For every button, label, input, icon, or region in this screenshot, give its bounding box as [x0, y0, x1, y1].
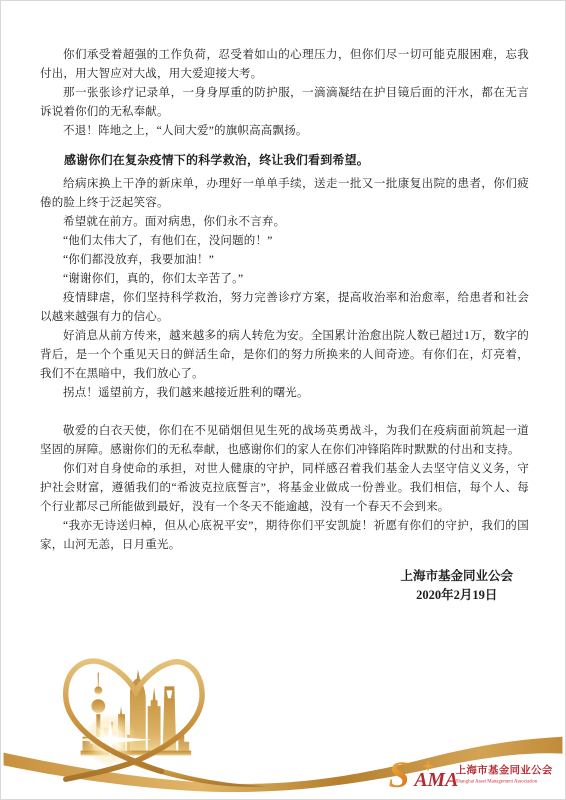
- letter-paragraph: “你们都没放弃，我要加油！”: [40, 251, 529, 270]
- signature-block: 上海市基金同业公会 2020年2月19日: [400, 567, 513, 605]
- letter-paragraph: “他们太伟大了，有他们在，没问题的！”: [40, 232, 529, 251]
- letter-paragraph: 疫情肆虐，你们坚持科学救治，努力完善诊疗方案，提高收治率和治愈率，给患者和社会以…: [40, 289, 529, 327]
- letter-page: 你们承受着超强的工作负荷，忍受着如山的心理压力，但你们尽一切可能克服困难，忘我付…: [0, 0, 566, 800]
- footer-artwork: S AMA 上海市基金同业公会 Shanghai Asset Managemen…: [1, 641, 565, 799]
- logo-s-glyph: S: [389, 755, 410, 796]
- letter-paragraph: 好消息从前方传来，越来越多的病人转危为安。全国累计治愈出院人数已超过1万，数字的…: [40, 327, 529, 384]
- sama-logo: S AMA 上海市基金同业公会 Shanghai Asset Managemen…: [389, 755, 553, 796]
- logo-org-name-cn: 上海市基金同业公会: [456, 763, 553, 776]
- letter-paragraph: 那一张张诊疗记录单，一身身厚重的防护服，一滴滴凝结在护目镜后面的汗水，都在无言诉…: [40, 84, 529, 122]
- letter-paragraph: 不退！阵地之上，“人间大爱”的旗帜高高飘扬。: [40, 122, 529, 141]
- letter-paragraph: 拐点！遥望前方，我们越来越接近胜利的曙光。: [40, 384, 529, 403]
- letter-paragraph: 给病床换上干净的新床单，办理好一单单手续，送走一批又一批康复出院的患者，你们疲倦…: [40, 175, 529, 213]
- signature-date: 2020年2月19日: [400, 586, 513, 605]
- signature-org: 上海市基金同业公会: [400, 567, 513, 586]
- letter-heading: 感谢你们在复杂疫情下的科学救治，终让我们看到希望。: [40, 151, 529, 170]
- logo-ama-glyph: AMA: [412, 769, 458, 791]
- letter-paragraph: 你们承受着超强的工作负荷，忍受着如山的心理压力，但你们尽一切可能克服困难，忘我付…: [40, 46, 529, 84]
- letter-paragraph: “谢谢你们，真的，你们太辛苦了。”: [40, 270, 529, 289]
- letter-paragraph: 你们对自身使命的承担，对世人健康的守护，同样感召着我们基金人去坚守信义义务，守护…: [40, 460, 529, 517]
- letter-body: 你们承受着超强的工作负荷，忍受着如山的心理压力，但你们尽一切可能克服困难，忘我付…: [40, 46, 529, 555]
- letter-paragraph: 希望就在前方。面对病患，你们永不言弃。: [40, 213, 529, 232]
- logo-org-name-en: Shanghai Asset Management Association: [456, 780, 538, 785]
- letter-paragraph: 敬爱的白衣天使，你们在不见硝烟但见生死的战场英勇战斗，为我们在疫病面前筑起一道坚…: [40, 422, 529, 460]
- letter-paragraph: “我亦无诗送归棹，但从心底祝平安”，期待你们平安凯旋！祈愿有你们的守护，我们的国…: [40, 517, 529, 555]
